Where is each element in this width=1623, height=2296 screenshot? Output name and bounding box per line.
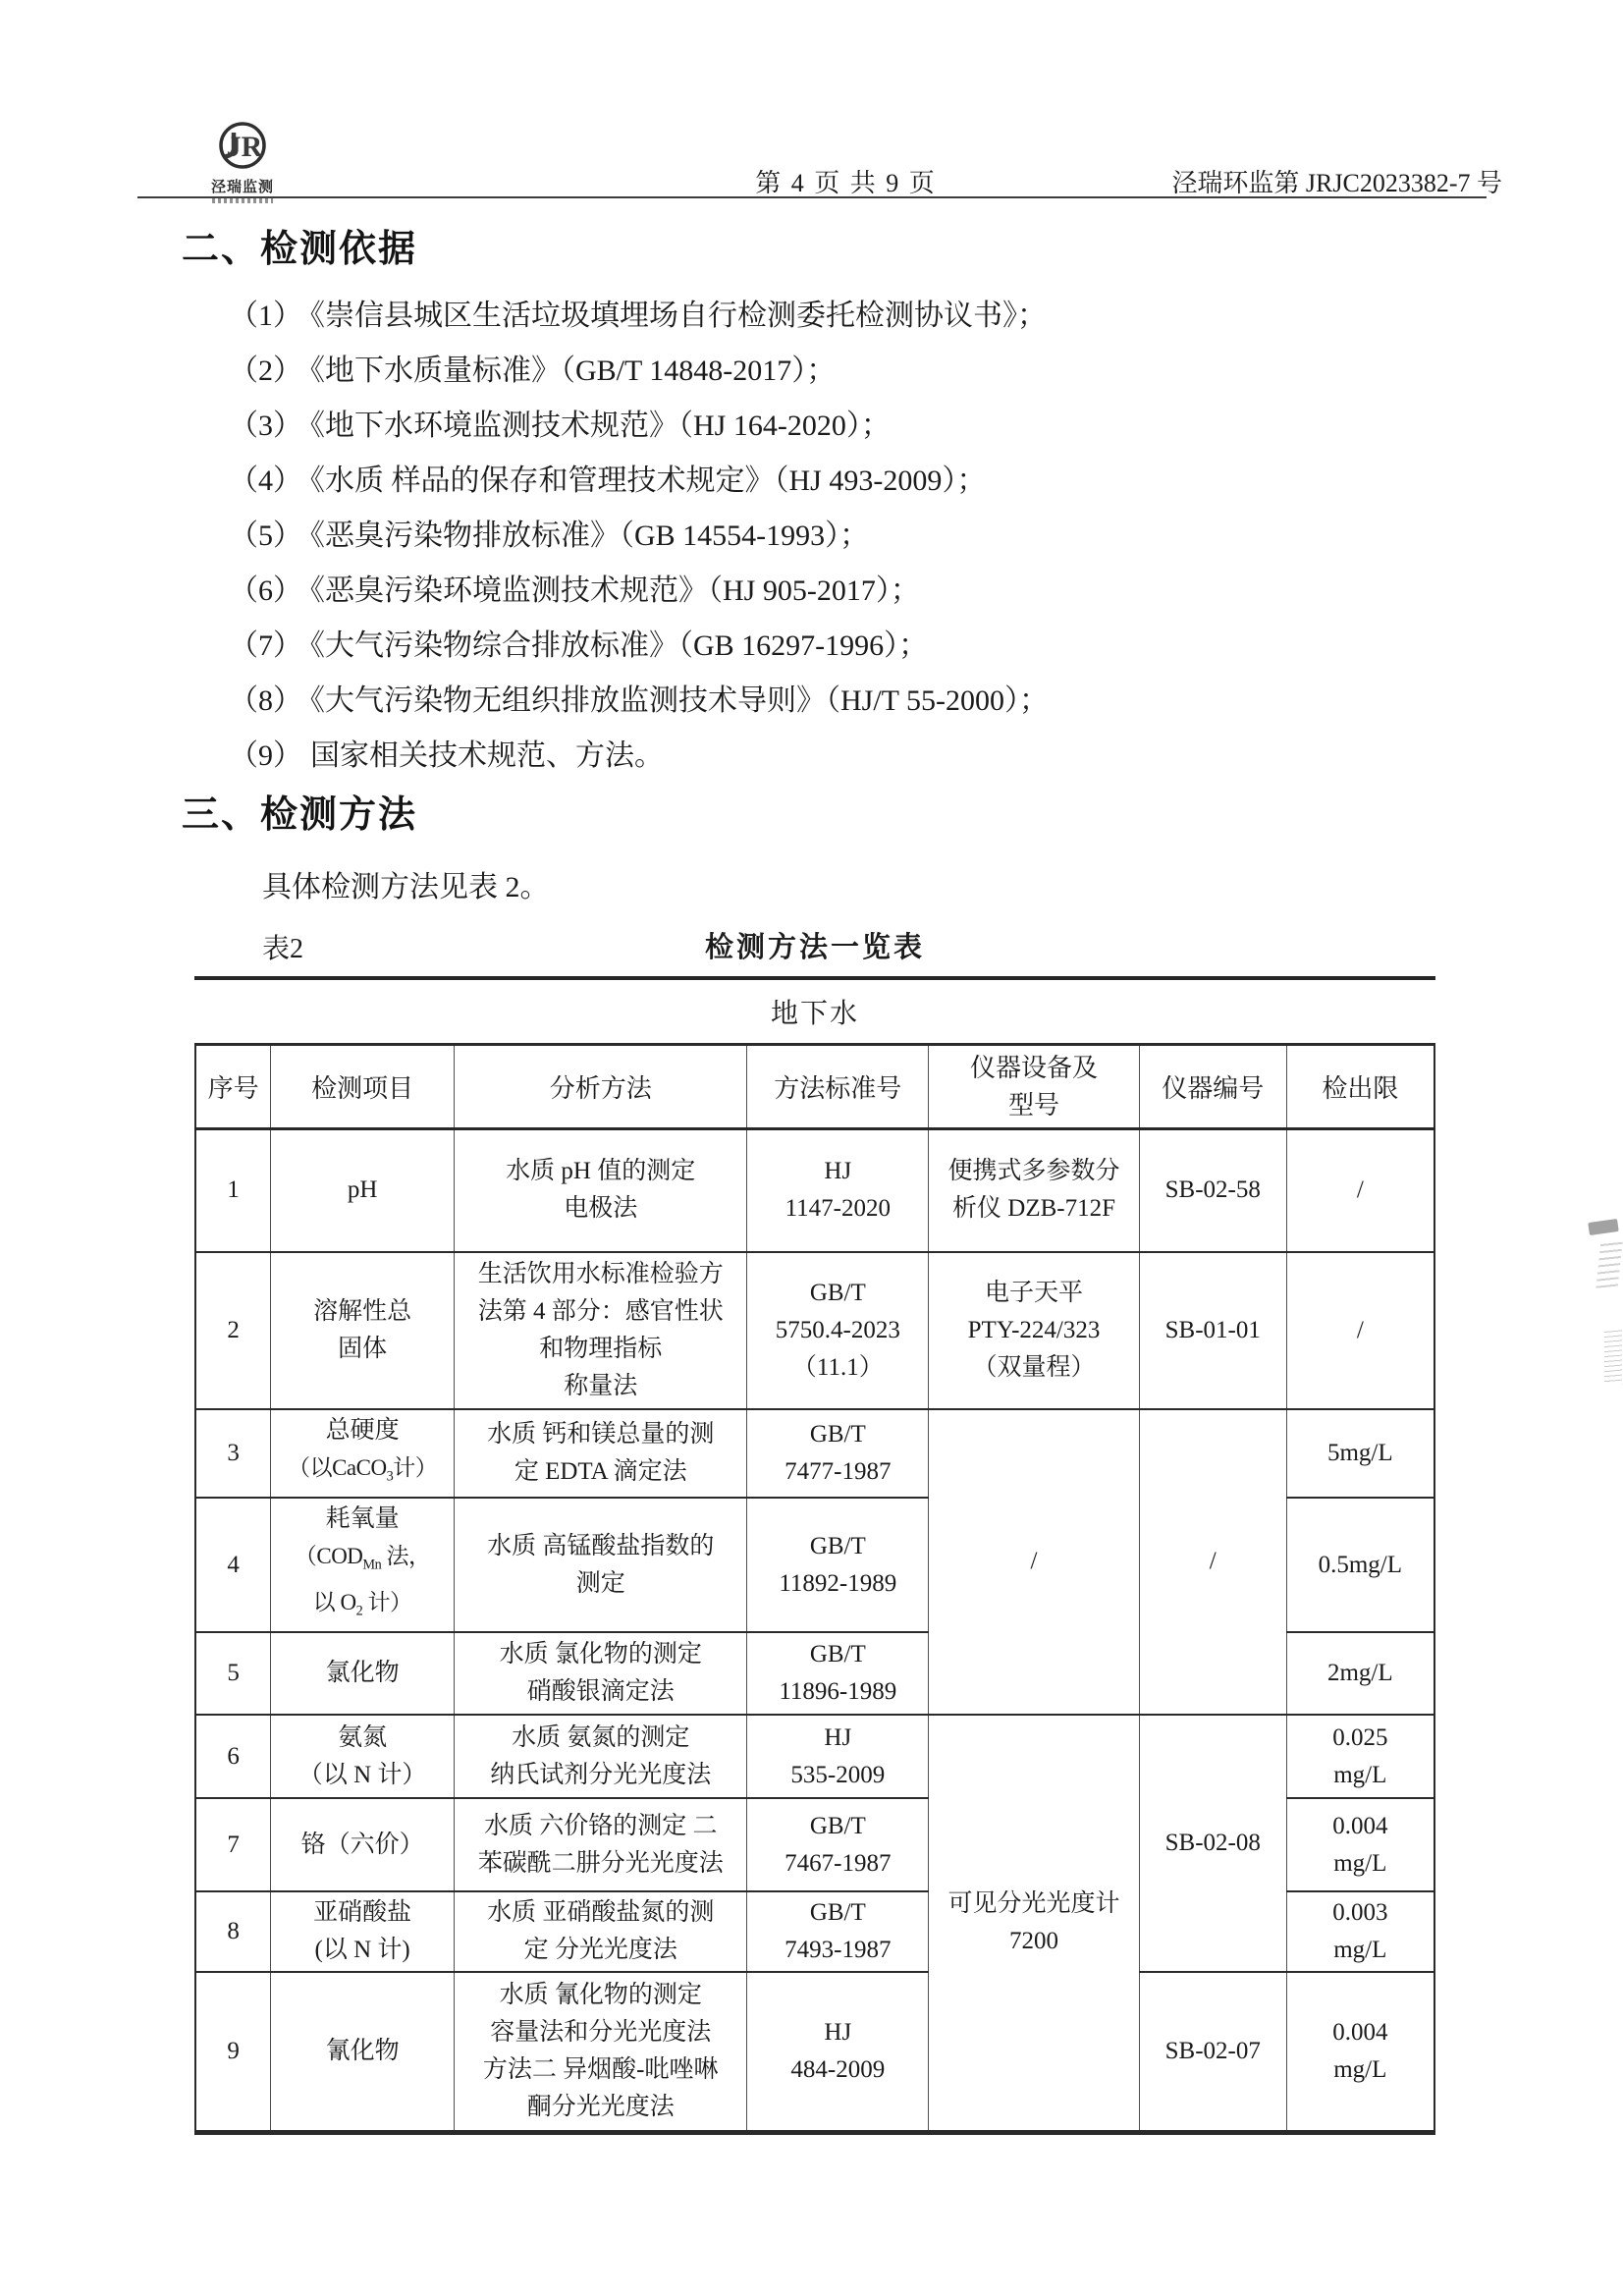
section-title-basis: 二、检测依据 (182, 226, 1502, 273)
cell-no: 1 (195, 1129, 271, 1252)
cell-equipment-no: SB-02-58 (1139, 1129, 1286, 1252)
header-limit: 检出限 (1286, 1045, 1434, 1129)
list-item-number: （4） (229, 465, 302, 497)
header-item: 检测项目 (271, 1045, 455, 1129)
header-no: 序号 (195, 1045, 271, 1129)
table-label: 表2 (262, 927, 303, 966)
list-item-text: 《恶臭污染环境监测技术规范》（HJ 905-2017）； (310, 574, 920, 607)
cell-item: 氯化物 (271, 1632, 455, 1715)
cell-item: 溶解性总 固体 (271, 1252, 455, 1409)
cell-equipment-merged: 可见分光光度计 7200 (929, 1715, 1140, 2132)
scan-artifact (1588, 1219, 1619, 1235)
cell-limit: 0.003 mg/L (1286, 1891, 1434, 1972)
list-item: （6）《恶臭污染环境监测技术规范》（HJ 905-2017）； (137, 564, 1502, 619)
list-item-number: （6） (229, 574, 302, 607)
cell-item: 耗氧量 （CODMn 法， 以 O2 计） (271, 1498, 455, 1632)
list-item: （9）国家相关技术规范、方法。 (137, 729, 1502, 784)
logo-monogram-icon: JR (214, 120, 271, 175)
cell-limit: 2mg/L (1286, 1632, 1434, 1715)
cell-limit: 0.004 mg/L (1286, 1798, 1434, 1891)
table-header-row: 序号 检测项目 分析方法 方法标准号 仪器设备及 型号 仪器编号 检出限 (195, 1045, 1434, 1129)
cell-standard: GB/T 11896-1989 (747, 1632, 929, 1715)
table-area: 表2 检测方法一览表 地下水 序号 检测项目 分析方法 方法标准号 仪器 (194, 929, 1435, 2135)
cell-item: pH (271, 1129, 455, 1252)
cell-standard: HJ 535-2009 (747, 1715, 929, 1798)
cell-equipment-no-merged: / (1139, 1409, 1286, 1716)
scan-artifact (1596, 1239, 1622, 1290)
list-item-number: （2） (229, 355, 302, 387)
list-item-text: 《地下水质量标准》（GB/T 14848-2017）； (310, 355, 836, 387)
list-item-text: 《水质 样品的保存和管理技术规定》（HJ 493-2009）； (310, 465, 986, 497)
cell-no: 8 (195, 1891, 271, 1972)
list-item: （8）《大气污染物无组织排放监测技术导则》（HJ/T 55-2000）； (137, 674, 1502, 729)
cell-standard: GB/T 7493-1987 (747, 1891, 929, 1972)
company-logo: JR 泾瑞监测 (198, 120, 287, 203)
header-equipment: 仪器设备及 型号 (929, 1045, 1140, 1129)
cell-limit: 0.025 mg/L (1286, 1715, 1434, 1798)
table-row: 3 总硬度 （以CaCO3计） 水质 钙和镁总量的测 定 EDTA 滴定法 GB… (195, 1409, 1434, 1499)
header-method: 分析方法 (454, 1045, 746, 1129)
page-content: 二、检测依据 （1）《崇信县城区生活垃圾填埋场自行检测委托检测协议书》； （2）… (137, 198, 1502, 2135)
cell-item: 氨氮 （以 N 计） (271, 1715, 455, 1798)
list-item-text: 《地下水环境监测技术规范》（HJ 164-2020）； (310, 410, 891, 442)
cell-standard: HJ 1147-2020 (747, 1129, 929, 1252)
cell-item: 氰化物 (271, 1972, 455, 2132)
cell-no: 2 (195, 1252, 271, 1409)
list-item: （4）《水质 样品的保存和管理技术规定》（HJ 493-2009）； (137, 454, 1502, 509)
list-item-text: 国家相关技术规范、方法。 (310, 739, 664, 772)
cell-standard: GB/T 7477-1987 (747, 1409, 929, 1499)
cell-equipment-no: SB-02-07 (1139, 1972, 1286, 2132)
cell-method: 水质 氯化物的测定 硝酸银滴定法 (454, 1632, 746, 1715)
cell-method: 水质 高锰酸盐指数的 测定 (454, 1498, 746, 1632)
page-number: 第 4 页 共 9 页 (755, 163, 937, 199)
cell-equipment-no: SB-01-01 (1139, 1252, 1286, 1409)
table-row: 9 氰化物 水质 氰化物的测定 容量法和分光光度法 方法二 异烟酸-吡唑啉 酮分… (195, 1972, 1434, 2132)
cell-item: 总硬度 （以CaCO3计） (271, 1409, 455, 1499)
table-caption: 表2 检测方法一览表 (194, 929, 1435, 980)
cell-standard: GB/T 11892-1989 (747, 1498, 929, 1632)
cell-limit: 0.004 mg/L (1286, 1972, 1434, 2132)
list-item-number: （9） (229, 739, 302, 772)
list-item: （1）《崇信县城区生活垃圾填埋场自行检测委托检测协议书》； (137, 289, 1502, 344)
cell-method: 生活饮用水标准检验方 法第 4 部分：感官性状 和物理指标 称量法 (454, 1252, 746, 1409)
cell-equipment-merged: / (929, 1409, 1140, 1716)
table-row: 6 氨氮 （以 N 计） 水质 氨氮的测定 纳氏试剂分光光度法 HJ 535-2… (195, 1715, 1434, 1798)
cell-method: 水质 六价铬的测定 二 苯碳酰二肼分光光度法 (454, 1798, 746, 1891)
cell-standard: GB/T 7467-1987 (747, 1798, 929, 1891)
section-title-method: 三、检测方法 (182, 792, 1502, 839)
cell-standard: HJ 484-2009 (747, 1972, 929, 2132)
report-number: 泾瑞环监第 JRJC2023382-7 号 (1171, 163, 1502, 199)
list-item-number: （5） (229, 519, 302, 552)
cell-limit: 5mg/L (1286, 1409, 1434, 1499)
cell-standard: GB/T 5750.4-2023 （11.1） (747, 1252, 929, 1409)
list-item-text: 《大气污染物综合排放标准》（GB 16297-1996）； (310, 629, 928, 662)
list-item-number: （3） (229, 410, 302, 442)
cell-item: 铬（六价） (271, 1798, 455, 1891)
cell-equipment: 便携式多参数分 析仪 DZB-712F (929, 1129, 1140, 1252)
logo-monogram: JR (227, 131, 263, 163)
table-row: 2 溶解性总 固体 生活饮用水标准检验方 法第 4 部分：感官性状 和物理指标 … (195, 1252, 1434, 1409)
logo-company-name: 泾瑞监测 (198, 176, 287, 196)
list-item: （7）《大气污染物综合排放标准》（GB 16297-1996）； (137, 619, 1502, 674)
cell-method: 水质 钙和镁总量的测 定 EDTA 滴定法 (454, 1409, 746, 1499)
document-page: JR 泾瑞监测 第 4 页 共 9 页 泾瑞环监第 JRJC2023382-7 … (0, 0, 1623, 2296)
cell-no: 6 (195, 1715, 271, 1798)
list-item-number: （7） (229, 629, 302, 662)
list-item: （2）《地下水质量标准》（GB/T 14848-2017）； (137, 344, 1502, 399)
cell-method: 水质 氰化物的测定 容量法和分光光度法 方法二 异烟酸-吡唑啉 酮分光光度法 (454, 1972, 746, 2132)
cell-method: 水质 亚硝酸盐氮的测 定 分光光度法 (454, 1891, 746, 1972)
cell-item: 亚硝酸盐 (以 N 计) (271, 1891, 455, 1972)
header-equipment-no: 仪器编号 (1139, 1045, 1286, 1129)
cell-limit: 0.5mg/L (1286, 1498, 1434, 1632)
cell-equipment-no-merged: SB-02-08 (1139, 1715, 1286, 1972)
list-item-number: （1） (229, 300, 302, 332)
cell-method: 水质 pH 值的测定 电极法 (454, 1129, 746, 1252)
reference-list: （1）《崇信县城区生活垃圾填埋场自行检测委托检测协议书》； （2）《地下水质量标… (137, 289, 1502, 784)
list-item: （3）《地下水环境监测技术规范》（HJ 164-2020）； (137, 399, 1502, 454)
cell-limit: / (1286, 1129, 1434, 1252)
table-subtitle: 地下水 (194, 980, 1435, 1041)
cell-no: 4 (195, 1498, 271, 1632)
header-standard: 方法标准号 (747, 1045, 929, 1129)
cell-equipment: 电子天平 PTY-224/323 （双量程） (929, 1252, 1140, 1409)
method-intro: 具体检测方法见表 2。 (262, 868, 1502, 907)
detection-methods-table: 序号 检测项目 分析方法 方法标准号 仪器设备及 型号 仪器编号 检出限 (194, 1043, 1435, 2135)
cell-no: 3 (195, 1409, 271, 1499)
cell-no: 7 (195, 1798, 271, 1891)
table-row: 1 pH 水质 pH 值的测定 电极法 HJ 1147-2020 便携式多参数分 (195, 1129, 1434, 1252)
cell-no: 5 (195, 1632, 271, 1715)
cell-method: 水质 氨氮的测定 纳氏试剂分光光度法 (454, 1715, 746, 1798)
list-item: （5）《恶臭污染物排放标准》（GB 14554-1993）； (137, 509, 1502, 564)
cell-no: 9 (195, 1972, 271, 2132)
list-item-number: （8） (229, 684, 302, 717)
cell-limit: / (1286, 1252, 1434, 1409)
list-item-text: 《恶臭污染物排放标准》（GB 14554-1993）； (310, 519, 869, 552)
scan-artifact (1604, 1328, 1622, 1385)
table-title: 检测方法一览表 (194, 929, 1435, 966)
list-item-text: 《大气污染物无组织排放监测技术导则》（HJ/T 55-2000）； (310, 684, 1049, 717)
list-item-text: 《崇信县城区生活垃圾填埋场自行检测委托检测协议书》； (310, 300, 1047, 332)
